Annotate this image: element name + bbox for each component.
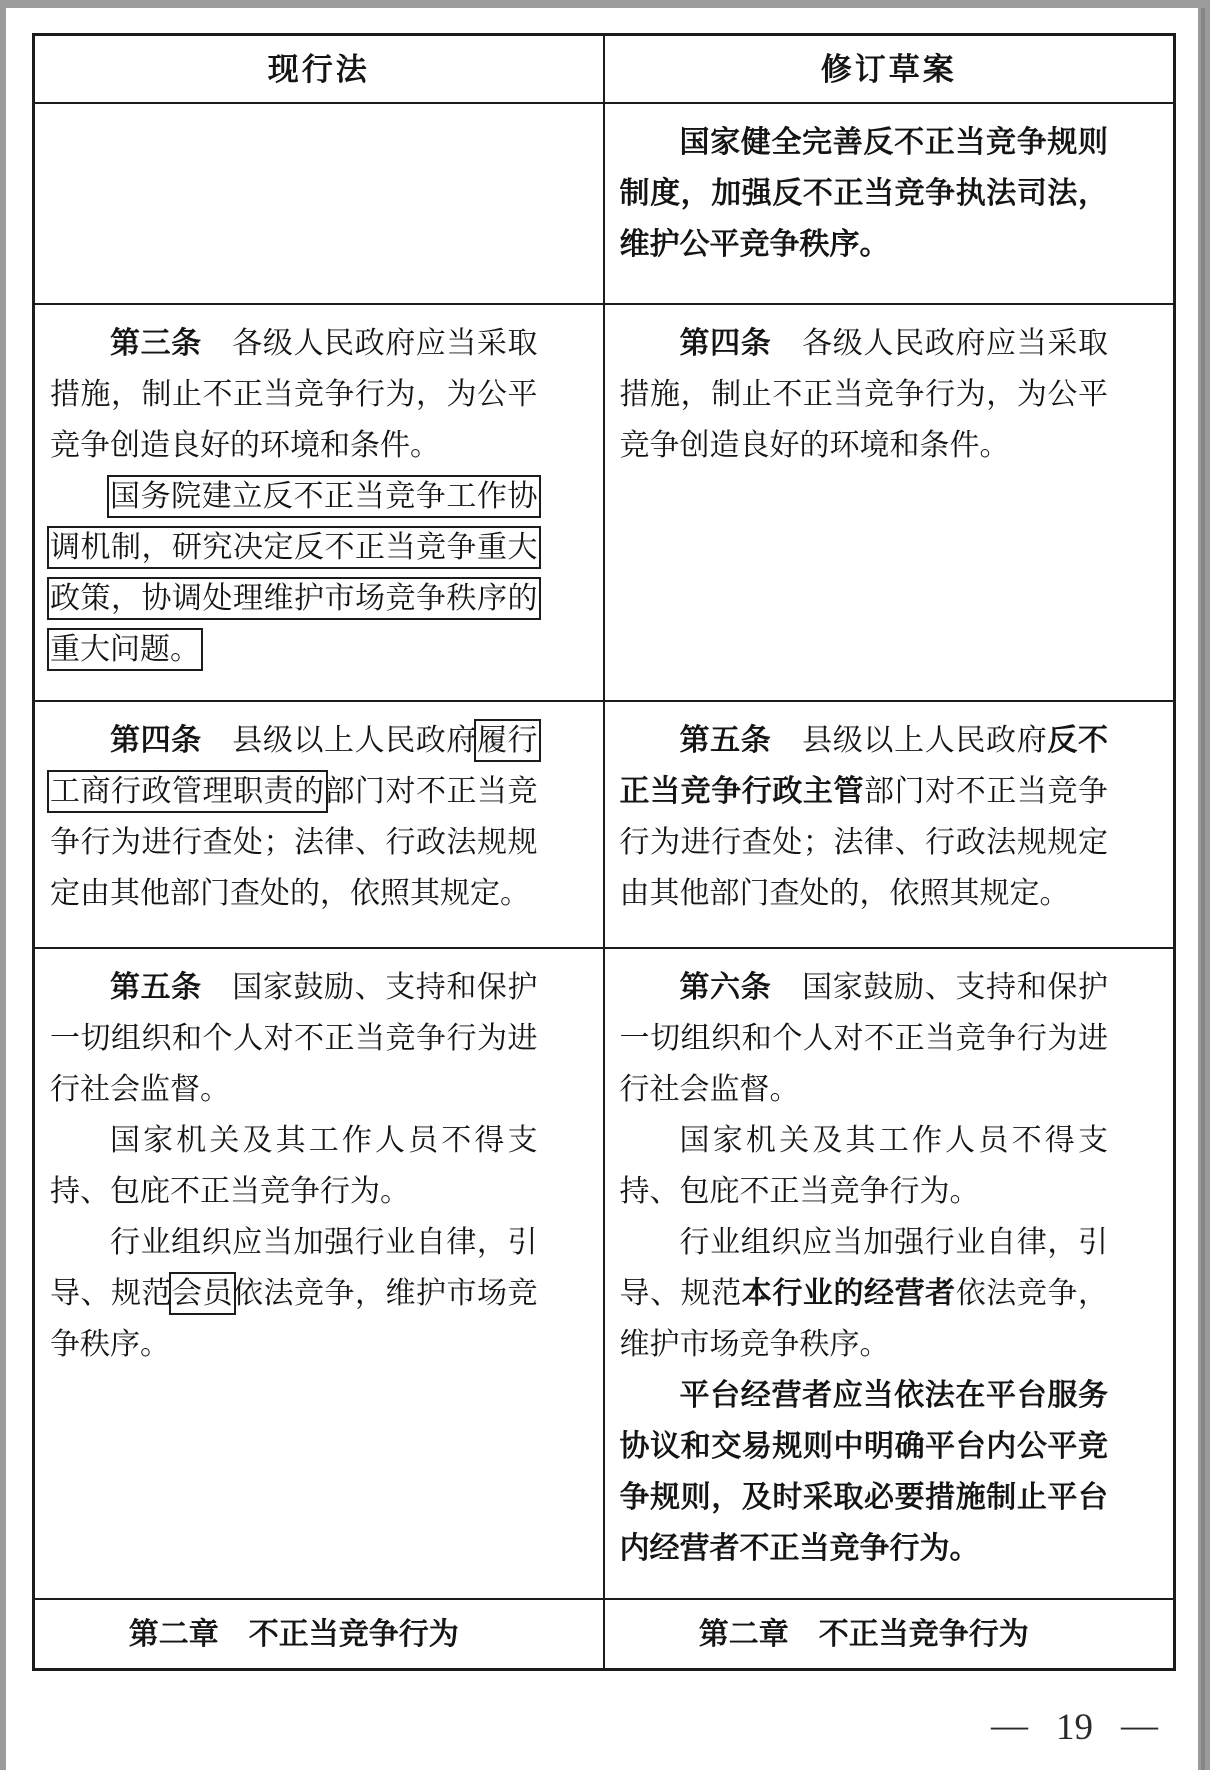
body-text: 县级以上人民政府 [771,724,1047,757]
paragraph: 行业组织应当加强行业自律，引导、规范本行业的经营者依法竞争，维护市场竞争秩序。 [620,1217,1109,1370]
paragraph: 第四条 县级以上人民政府履行工商行政管理职责的部门对不正当竞争行为进行查处；法律… [50,715,538,919]
paragraph: 国务院建立反不正当竞争工作协调机制，研究决定反不正当竞争重大政策，协调处理维护市… [50,471,538,675]
table-row: 国家健全完善反不正当竞争规则制度，加强反不正当竞争执法司法，维护公平竞争秩序。 [34,103,1175,304]
emphasis-text: 国家健全完善反不正当竞争规则制度，加强反不正当竞争执法司法，维护公平竞争秩序。 [620,126,1109,261]
emphasis-text: 第四条 [110,724,202,757]
paragraph: 第二章 不正当竞争行为 [50,1609,538,1660]
body-text: 国家机关及其工作人员不得支持、包庇不正当竞争行为。 [50,1124,538,1208]
current-law-cell [34,103,604,304]
revision-draft-cell: 第二章 不正当竞争行为 [604,1599,1175,1670]
current-law-cell: 第四条 县级以上人民政府履行工商行政管理职责的部门对不正当竞争行为进行查处；法律… [34,701,604,948]
emphasis-text: 第五条 [110,971,202,1004]
revision-draft-cell: 第六条 国家鼓励、支持和保护一切组织和个人对不正当竞争行为进行社会监督。国家机关… [604,948,1175,1599]
table-row: 第五条 国家鼓励、支持和保护一切组织和个人对不正当竞争行为进行社会监督。国家机关… [34,948,1175,1599]
header-current-law: 现行法 [34,35,604,104]
body-text: 县级以上人民政府 [202,724,477,757]
page-number-left-dash: — [991,1704,1028,1747]
emphasis-text: 本行业的经营者 [742,1277,956,1310]
page-number: — 19 — [991,1706,1158,1749]
paragraph: 国家健全完善反不正当竞争规则制度，加强反不正当竞争执法司法，维护公平竞争秩序。 [620,117,1109,270]
emphasis-text: 第三条 [110,327,202,360]
paragraph: 第六条 国家鼓励、支持和保护一切组织和个人对不正当竞争行为进行社会监督。 [620,962,1109,1115]
page-edge-shadow [1201,8,1205,1770]
boxed-insertion-text: 国务院建立反不正当竞争工作协调机制，研究决定反不正当竞争重大政策，协调处理维护市… [47,475,541,671]
emphasis-text: 第二章 不正当竞争行为 [129,1618,459,1651]
emphasis-text: 第四条 [680,327,772,360]
emphasis-text: 第六条 [680,971,772,1004]
paragraph: 第五条 县级以上人民政府反不正当竞争行政主管部门对不正当竞争行为进行查处；法律、… [620,715,1109,919]
emphasis-text: 第二章 不正当竞争行为 [699,1618,1029,1651]
paragraph: 第三条 各级人民政府应当采取措施，制止不正当竞争行为，为公平竞争创造良好的环境和… [50,318,538,471]
header-revision-draft: 修订草案 [604,35,1175,104]
paragraph: 行业组织应当加强行业自律，引导、规范会员依法竞争，维护市场竞争秩序。 [50,1217,538,1370]
paragraph: 平台经营者应当依法在平台服务协议和交易规则中明确平台内公平竞争规则，及时采取必要… [620,1370,1109,1574]
page-number-value: 19 [1056,1706,1093,1749]
table-row: 第四条 县级以上人民政府履行工商行政管理职责的部门对不正当竞争行为进行查处；法律… [34,701,1175,948]
revision-draft-cell: 第五条 县级以上人民政府反不正当竞争行政主管部门对不正当竞争行为进行查处；法律、… [604,701,1175,948]
emphasis-text: 平台经营者应当依法在平台服务协议和交易规则中明确平台内公平竞争规则，及时采取必要… [620,1379,1109,1565]
current-law-cell: 第五条 国家鼓励、支持和保护一切组织和个人对不正当竞争行为进行社会监督。国家机关… [34,948,604,1599]
table-row: 第三条 各级人民政府应当采取措施，制止不正当竞争行为，为公平竞争创造良好的环境和… [34,304,1175,701]
paragraph: 国家机关及其工作人员不得支持、包庇不正当竞争行为。 [620,1115,1109,1217]
page-number-right-dash: — [1121,1704,1158,1747]
revision-draft-cell: 第四条 各级人民政府应当采取措施，制止不正当竞争行为，为公平竞争创造良好的环境和… [604,304,1175,701]
paragraph: 第四条 各级人民政府应当采取措施，制止不正当竞争行为，为公平竞争创造良好的环境和… [620,318,1109,471]
current-law-cell: 第三条 各级人民政府应当采取措施，制止不正当竞争行为，为公平竞争创造良好的环境和… [34,304,604,701]
body-text: 国家机关及其工作人员不得支持、包庇不正当竞争行为。 [620,1124,1109,1208]
paragraph: 国家机关及其工作人员不得支持、包庇不正当竞争行为。 [50,1115,538,1217]
document-page: 现行法 修订草案 国家健全完善反不正当竞争规则制度，加强反不正当竞争执法司法，维… [6,8,1198,1770]
paragraph: 第五条 国家鼓励、支持和保护一切组织和个人对不正当竞争行为进行社会监督。 [50,962,538,1115]
revision-draft-cell: 国家健全完善反不正当竞争规则制度，加强反不正当竞争执法司法，维护公平竞争秩序。 [604,103,1175,304]
current-law-cell: 第二章 不正当竞争行为 [34,1599,604,1670]
paragraph: 第二章 不正当竞争行为 [620,1609,1109,1660]
emphasis-text: 第五条 [680,724,772,757]
comparison-table-body: 国家健全完善反不正当竞争规则制度，加强反不正当竞争执法司法，维护公平竞争秩序。第… [34,103,1175,1670]
table-header-row: 现行法 修订草案 [34,35,1175,104]
boxed-insertion-text: 会员 [169,1272,236,1315]
law-comparison-table: 现行法 修订草案 国家健全完善反不正当竞争规则制度，加强反不正当竞争执法司法，维… [32,33,1176,1671]
table-row: 第二章 不正当竞争行为第二章 不正当竞争行为 [34,1599,1175,1670]
